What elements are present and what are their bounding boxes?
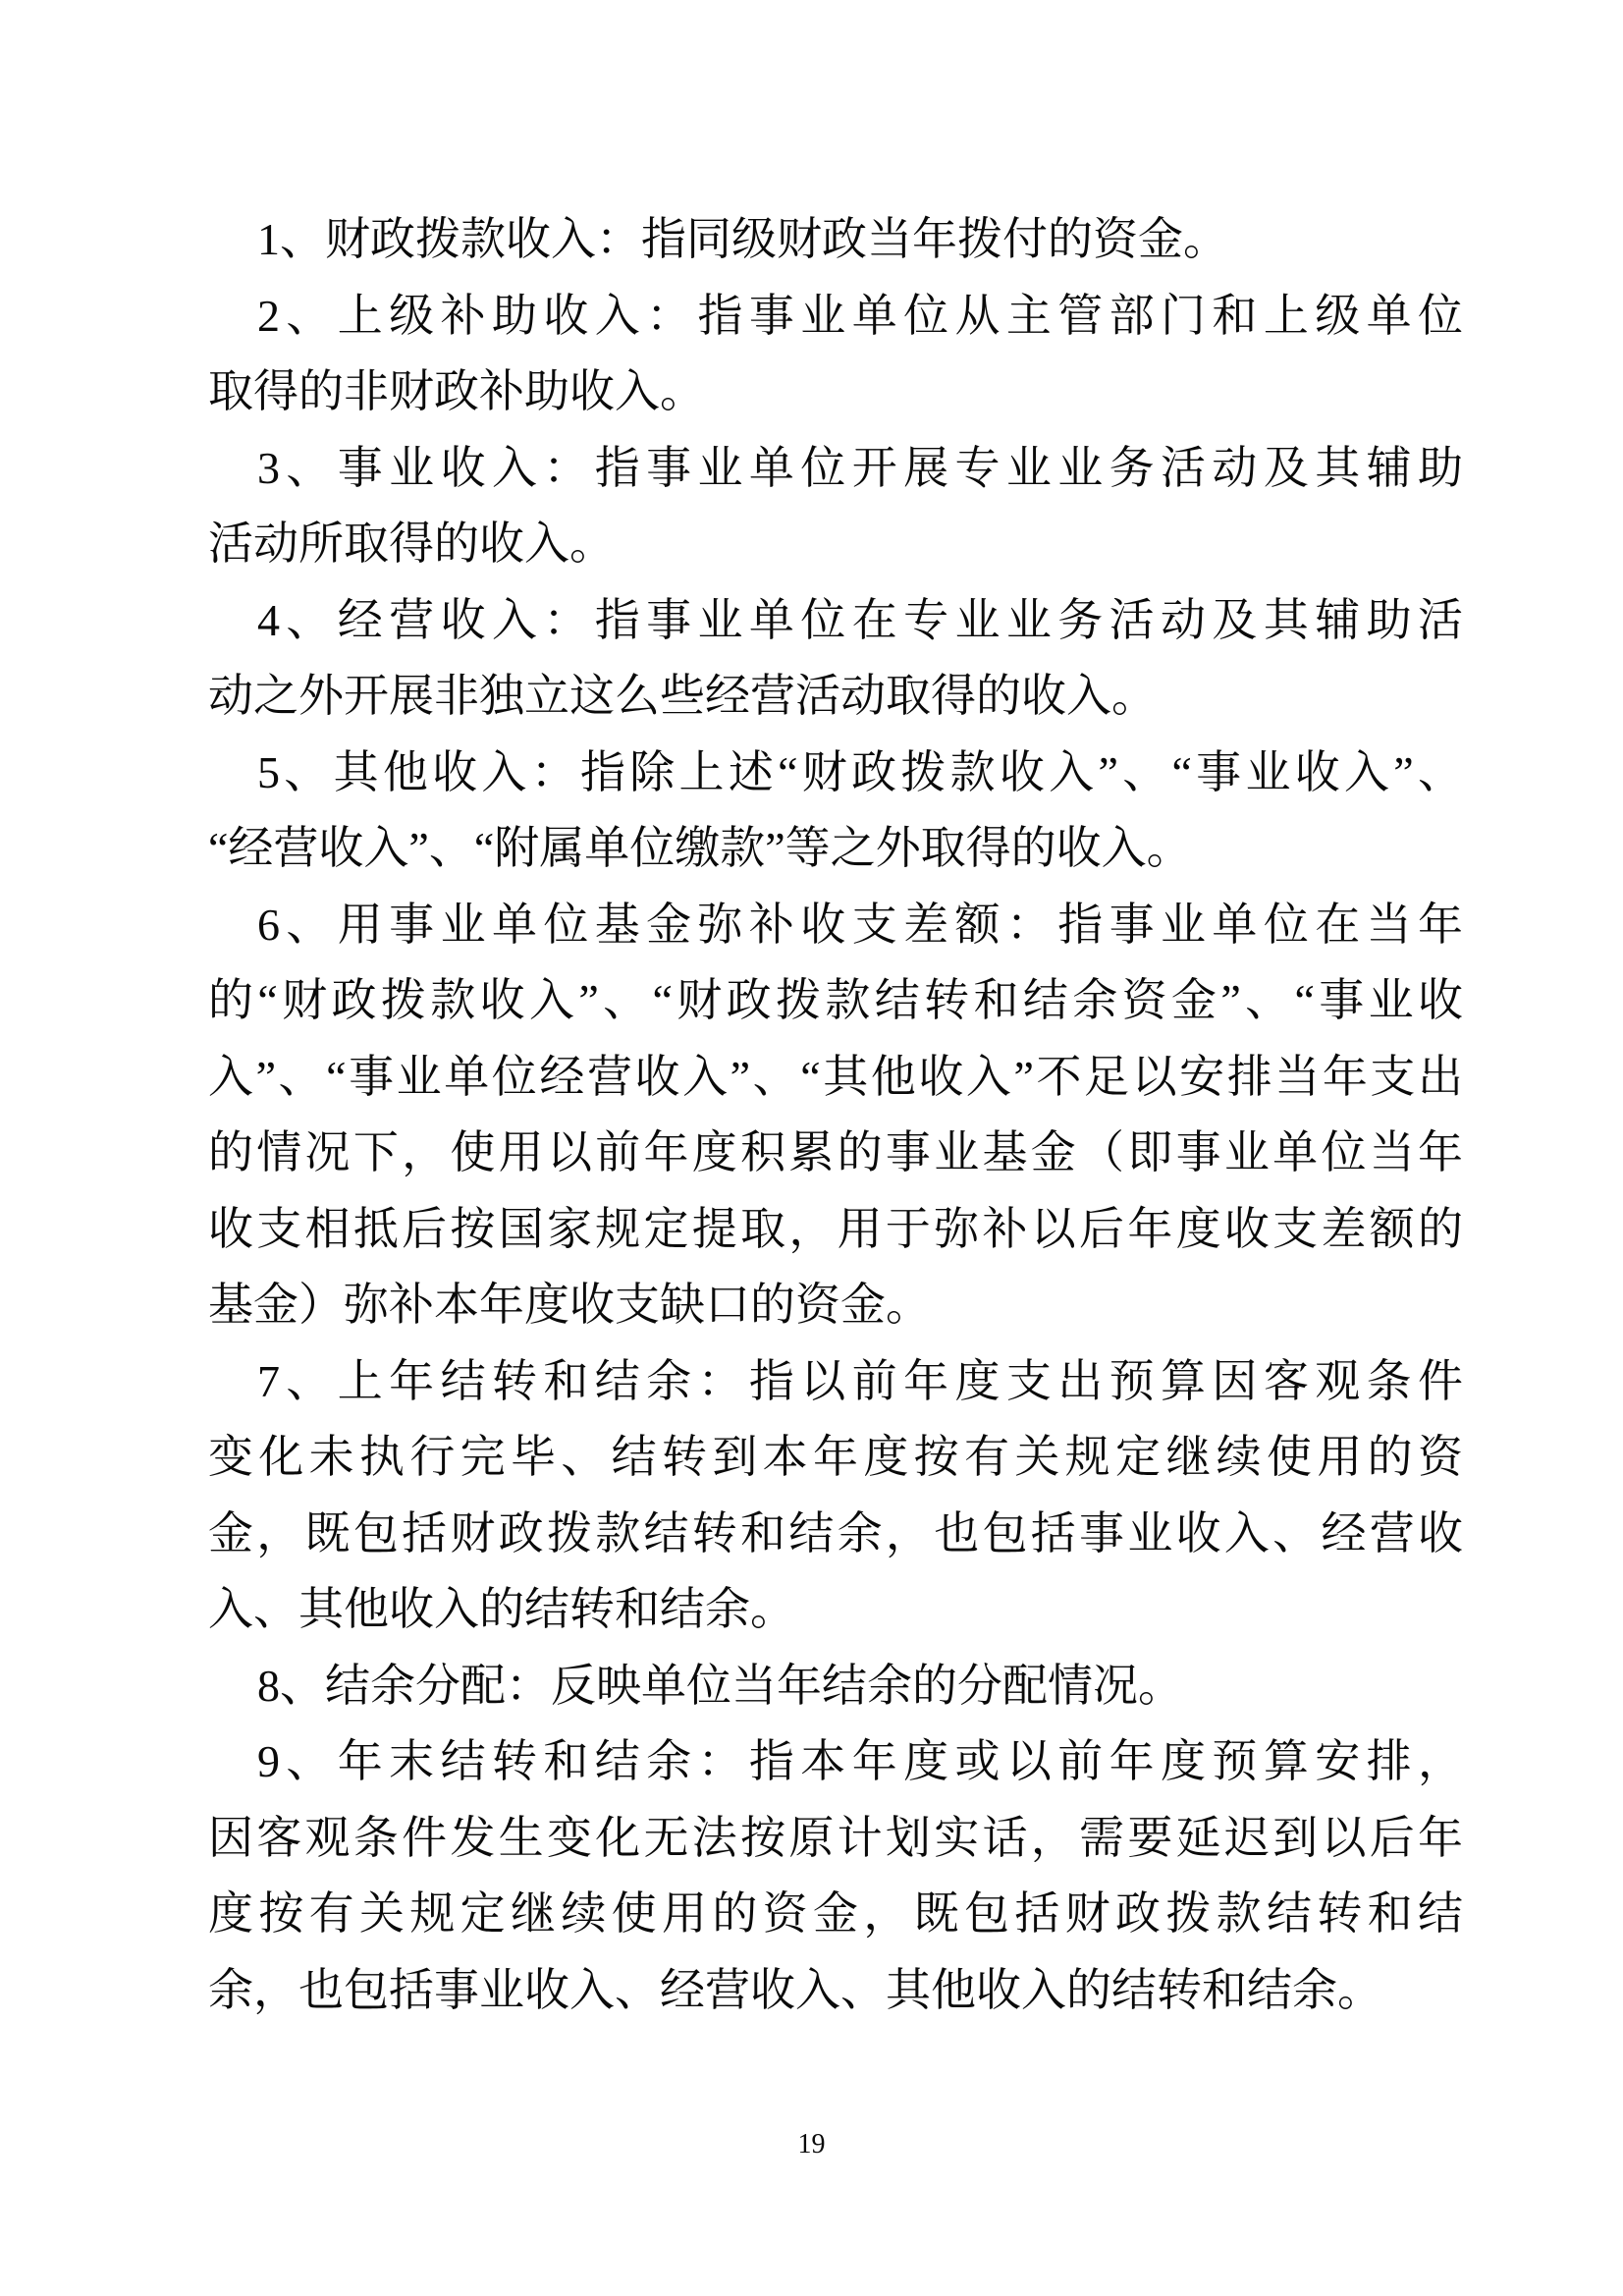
paragraph: 9、年末结转和结余：指本年度或以前年度预算安排，因客观条件发生变化无法按原计划实… xyxy=(208,1723,1463,2028)
text-line: 取得的非财政补助收入。 xyxy=(208,354,1463,430)
paragraph: 8、结余分配：反映单位当年结余的分配情况。 xyxy=(208,1648,1463,1724)
text-line: 4、经营收入：指事业单位在专业业务活动及其辅助活 xyxy=(208,582,1463,659)
text-line: 5、其他收入：指除上述“财政拨款收入”、“事业收入”、 xyxy=(208,735,1463,811)
text-line: 的情况下，使用以前年度积累的事业基金（即事业单位当年 xyxy=(208,1115,1463,1191)
text-line: 金，既包括财政拨款结转和结余，也包括事业收入、经营收 xyxy=(208,1496,1463,1572)
paragraph: 1、财政拨款收入：指同级财政当年拨付的资金。 xyxy=(208,201,1463,278)
text-line: 因客观条件发生变化无法按原计划实话，需要延迟到以后年 xyxy=(208,1800,1463,1877)
text-line: 基金）弥补本年度收支缺口的资金。 xyxy=(208,1267,1463,1343)
text-line: 入、其他收入的结转和结余。 xyxy=(208,1571,1463,1648)
text-line: 9、年末结转和结余：指本年度或以前年度预算安排， xyxy=(208,1723,1463,1800)
text-line: 1、财政拨款收入：指同级财政当年拨付的资金。 xyxy=(208,201,1463,278)
document-page: 1、财政拨款收入：指同级财政当年拨付的资金。2、上级补助收入：指事业单位从主管部… xyxy=(0,0,1623,2296)
text-line: 8、结余分配：反映单位当年结余的分配情况。 xyxy=(208,1648,1463,1724)
document-body: 1、财政拨款收入：指同级财政当年拨付的资金。2、上级补助收入：指事业单位从主管部… xyxy=(208,201,1463,2028)
paragraph: 4、经营收入：指事业单位在专业业务活动及其辅助活动之外开展非独立这么些经营活动取… xyxy=(208,582,1463,735)
text-line: 余，也包括事业收入、经营收入、其他收入的结转和结余。 xyxy=(208,1952,1463,2029)
text-line: 收支相抵后按国家规定提取，用于弥补以后年度收支差额的 xyxy=(208,1191,1463,1268)
text-line: 度按有关规定继续使用的资金，既包括财政拨款结转和结 xyxy=(208,1876,1463,1952)
text-line: 7、上年结转和结余：指以前年度支出预算因客观条件 xyxy=(208,1343,1463,1420)
paragraph: 6、用事业单位基金弥补收支差额：指事业单位在当年的“财政拨款收入”、“财政拨款结… xyxy=(208,887,1463,1343)
text-line: 6、用事业单位基金弥补收支差额：指事业单位在当年 xyxy=(208,887,1463,963)
paragraph: 2、上级补助收入：指事业单位从主管部门和上级单位取得的非财政补助收入。 xyxy=(208,278,1463,430)
text-line: 活动所取得的收入。 xyxy=(208,506,1463,582)
text-line: 入”、“事业单位经营收入”、“其他收入”不足以安排当年支出 xyxy=(208,1039,1463,1116)
paragraph: 3、事业收入：指事业单位开展专业业务活动及其辅助活动所取得的收入。 xyxy=(208,430,1463,582)
paragraph: 5、其他收入：指除上述“财政拨款收入”、“事业收入”、“经营收入”、“附属单位缴… xyxy=(208,735,1463,887)
text-line: 2、上级补助收入：指事业单位从主管部门和上级单位 xyxy=(208,278,1463,355)
text-line: 3、事业收入：指事业单位开展专业业务活动及其辅助 xyxy=(208,430,1463,507)
page-number: 19 xyxy=(0,2129,1623,2160)
text-line: 的“财政拨款收入”、“财政拨款结转和结余资金”、“事业收 xyxy=(208,962,1463,1039)
text-line: 动之外开展非独立这么些经营活动取得的收入。 xyxy=(208,658,1463,735)
paragraph: 7、上年结转和结余：指以前年度支出预算因客观条件变化未执行完毕、结转到本年度按有… xyxy=(208,1343,1463,1648)
text-line: “经营收入”、“附属单位缴款”等之外取得的收入。 xyxy=(208,810,1463,887)
text-line: 变化未执行完毕、结转到本年度按有关规定继续使用的资 xyxy=(208,1419,1463,1496)
